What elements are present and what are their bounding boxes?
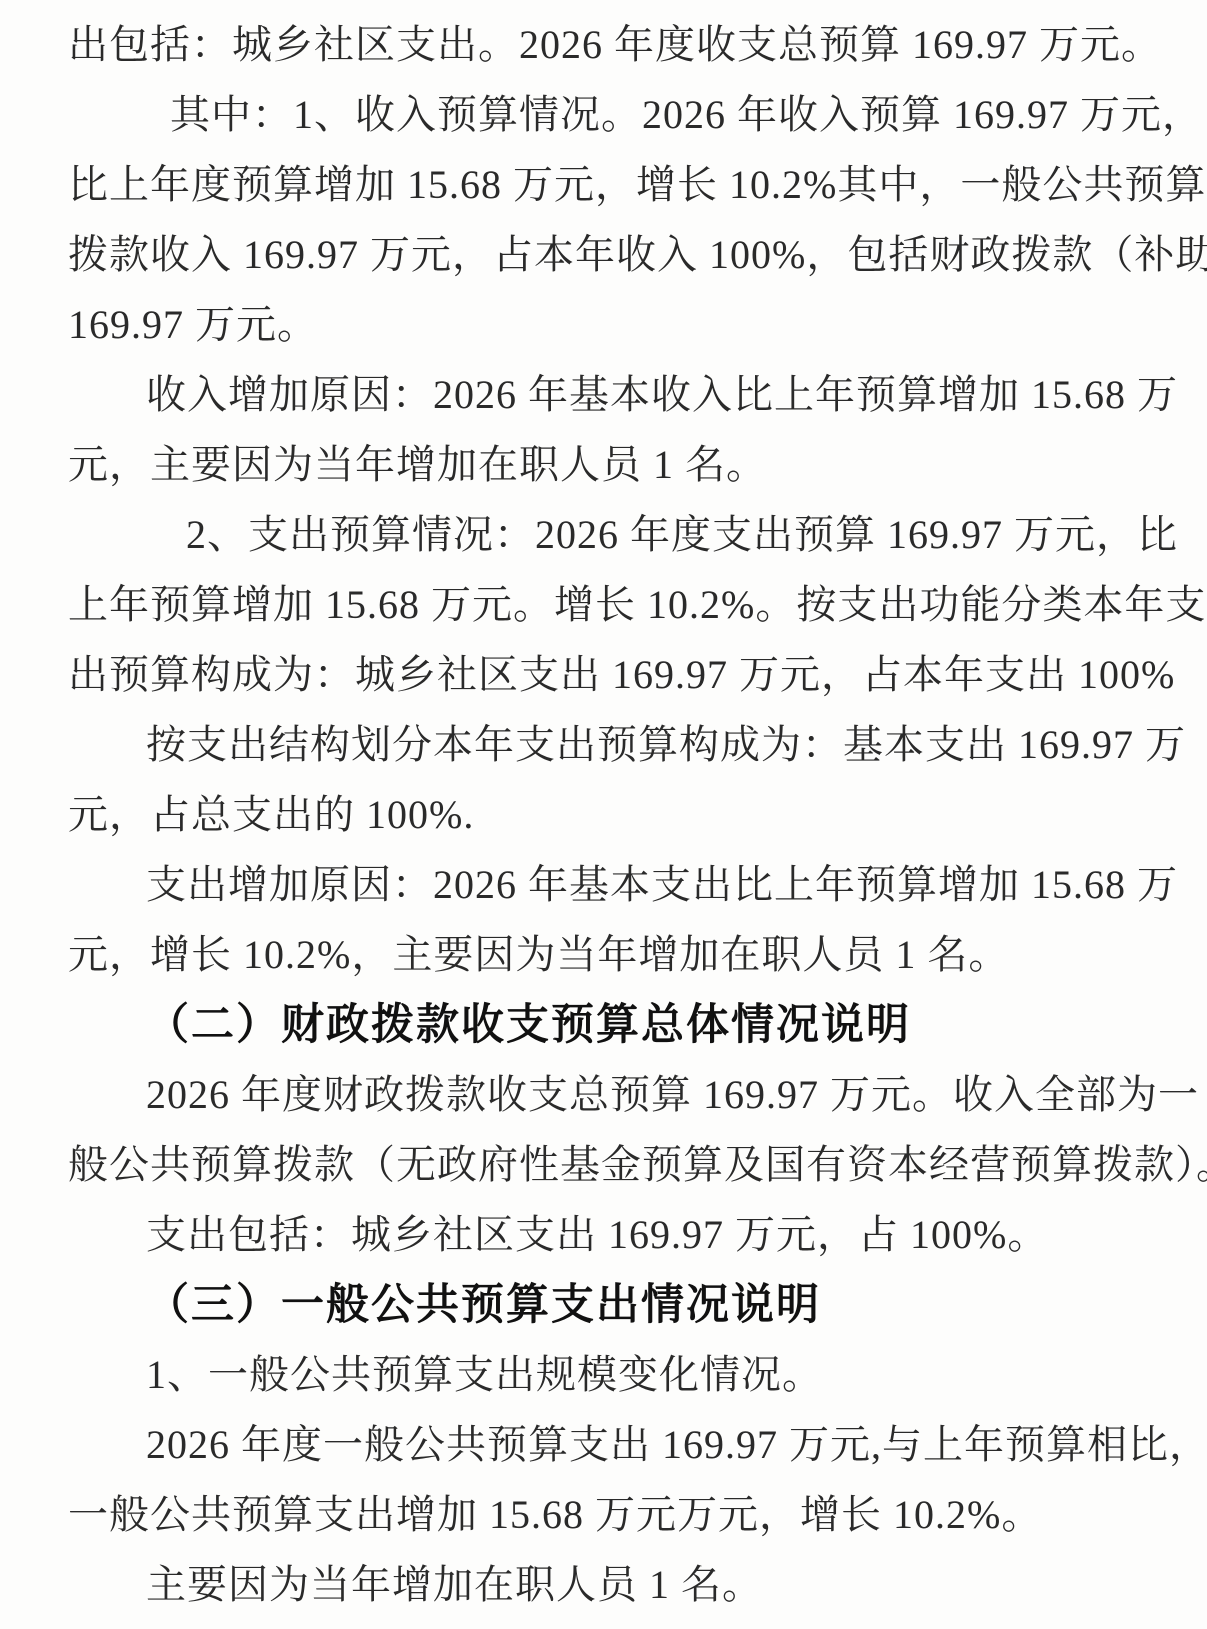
- text-line: 其中：1、收入预算情况。2026 年收入预算 169.97 万元，: [68, 80, 1157, 150]
- text-line: 元，主要因为当年增加在职人员 1 名。: [68, 430, 1157, 500]
- text-line: 出预算构成为：城乡社区支出 169.97 万元，占本年支出 100%: [68, 640, 1157, 710]
- text-line: 上年预算增加 15.68 万元。增长 10.2%。按支出功能分类本年支: [68, 570, 1157, 640]
- text-line: 比上年度预算增加 15.68 万元，增长 10.2%其中，一般公共预算: [68, 150, 1157, 220]
- text-line: 元，增长 10.2%，主要因为当年增加在职人员 1 名。: [68, 920, 1157, 990]
- text-line: 1、一般公共预算支出规模变化情况。: [68, 1340, 1157, 1410]
- text-line: 出包括：城乡社区支出。2026 年度收支总预算 169.97 万元。: [68, 10, 1157, 80]
- section-heading: （三）一般公共预算支出情况说明: [68, 1270, 1157, 1340]
- text-line: 按支出结构划分本年支出预算构成为：基本支出 169.97 万: [68, 710, 1157, 780]
- text-line: 收入增加原因：2026 年基本收入比上年预算增加 15.68 万: [68, 360, 1157, 430]
- text-line: 2、支出预算情况：2026 年度支出预算 169.97 万元，比: [68, 500, 1157, 570]
- section-heading: （二）财政拨款收支预算总体情况说明: [68, 990, 1157, 1060]
- text-line: 169.97 万元。: [68, 290, 1157, 360]
- text-line: 支出增加原因：2026 年基本支出比上年预算增加 15.68 万: [68, 850, 1157, 920]
- scanned-document-page: 出包括：城乡社区支出。2026 年度收支总预算 169.97 万元。 其中：1、…: [0, 0, 1207, 1629]
- text-line: 一般公共预算支出增加 15.68 万元万元，增长 10.2%。: [68, 1480, 1157, 1550]
- text-line: 2026 年度一般公共预算支出 169.97 万元,与上年预算相比，: [68, 1410, 1157, 1480]
- text-line: 2026 年度财政拨款收支总预算 169.97 万元。收入全部为一: [68, 1060, 1157, 1130]
- text-line: 拨款收入 169.97 万元，占本年收入 100%，包括财政拨款（补助）: [68, 220, 1157, 290]
- text-line: 元，占总支出的 100%.: [68, 780, 1157, 850]
- text-line: 支出包括：城乡社区支出 169.97 万元，占 100%。: [68, 1200, 1157, 1270]
- text-line: 般公共预算拨款（无政府性基金预算及国有资本经营预算拨款）。: [68, 1130, 1157, 1200]
- text-line: 主要因为当年增加在职人员 1 名。: [68, 1550, 1157, 1620]
